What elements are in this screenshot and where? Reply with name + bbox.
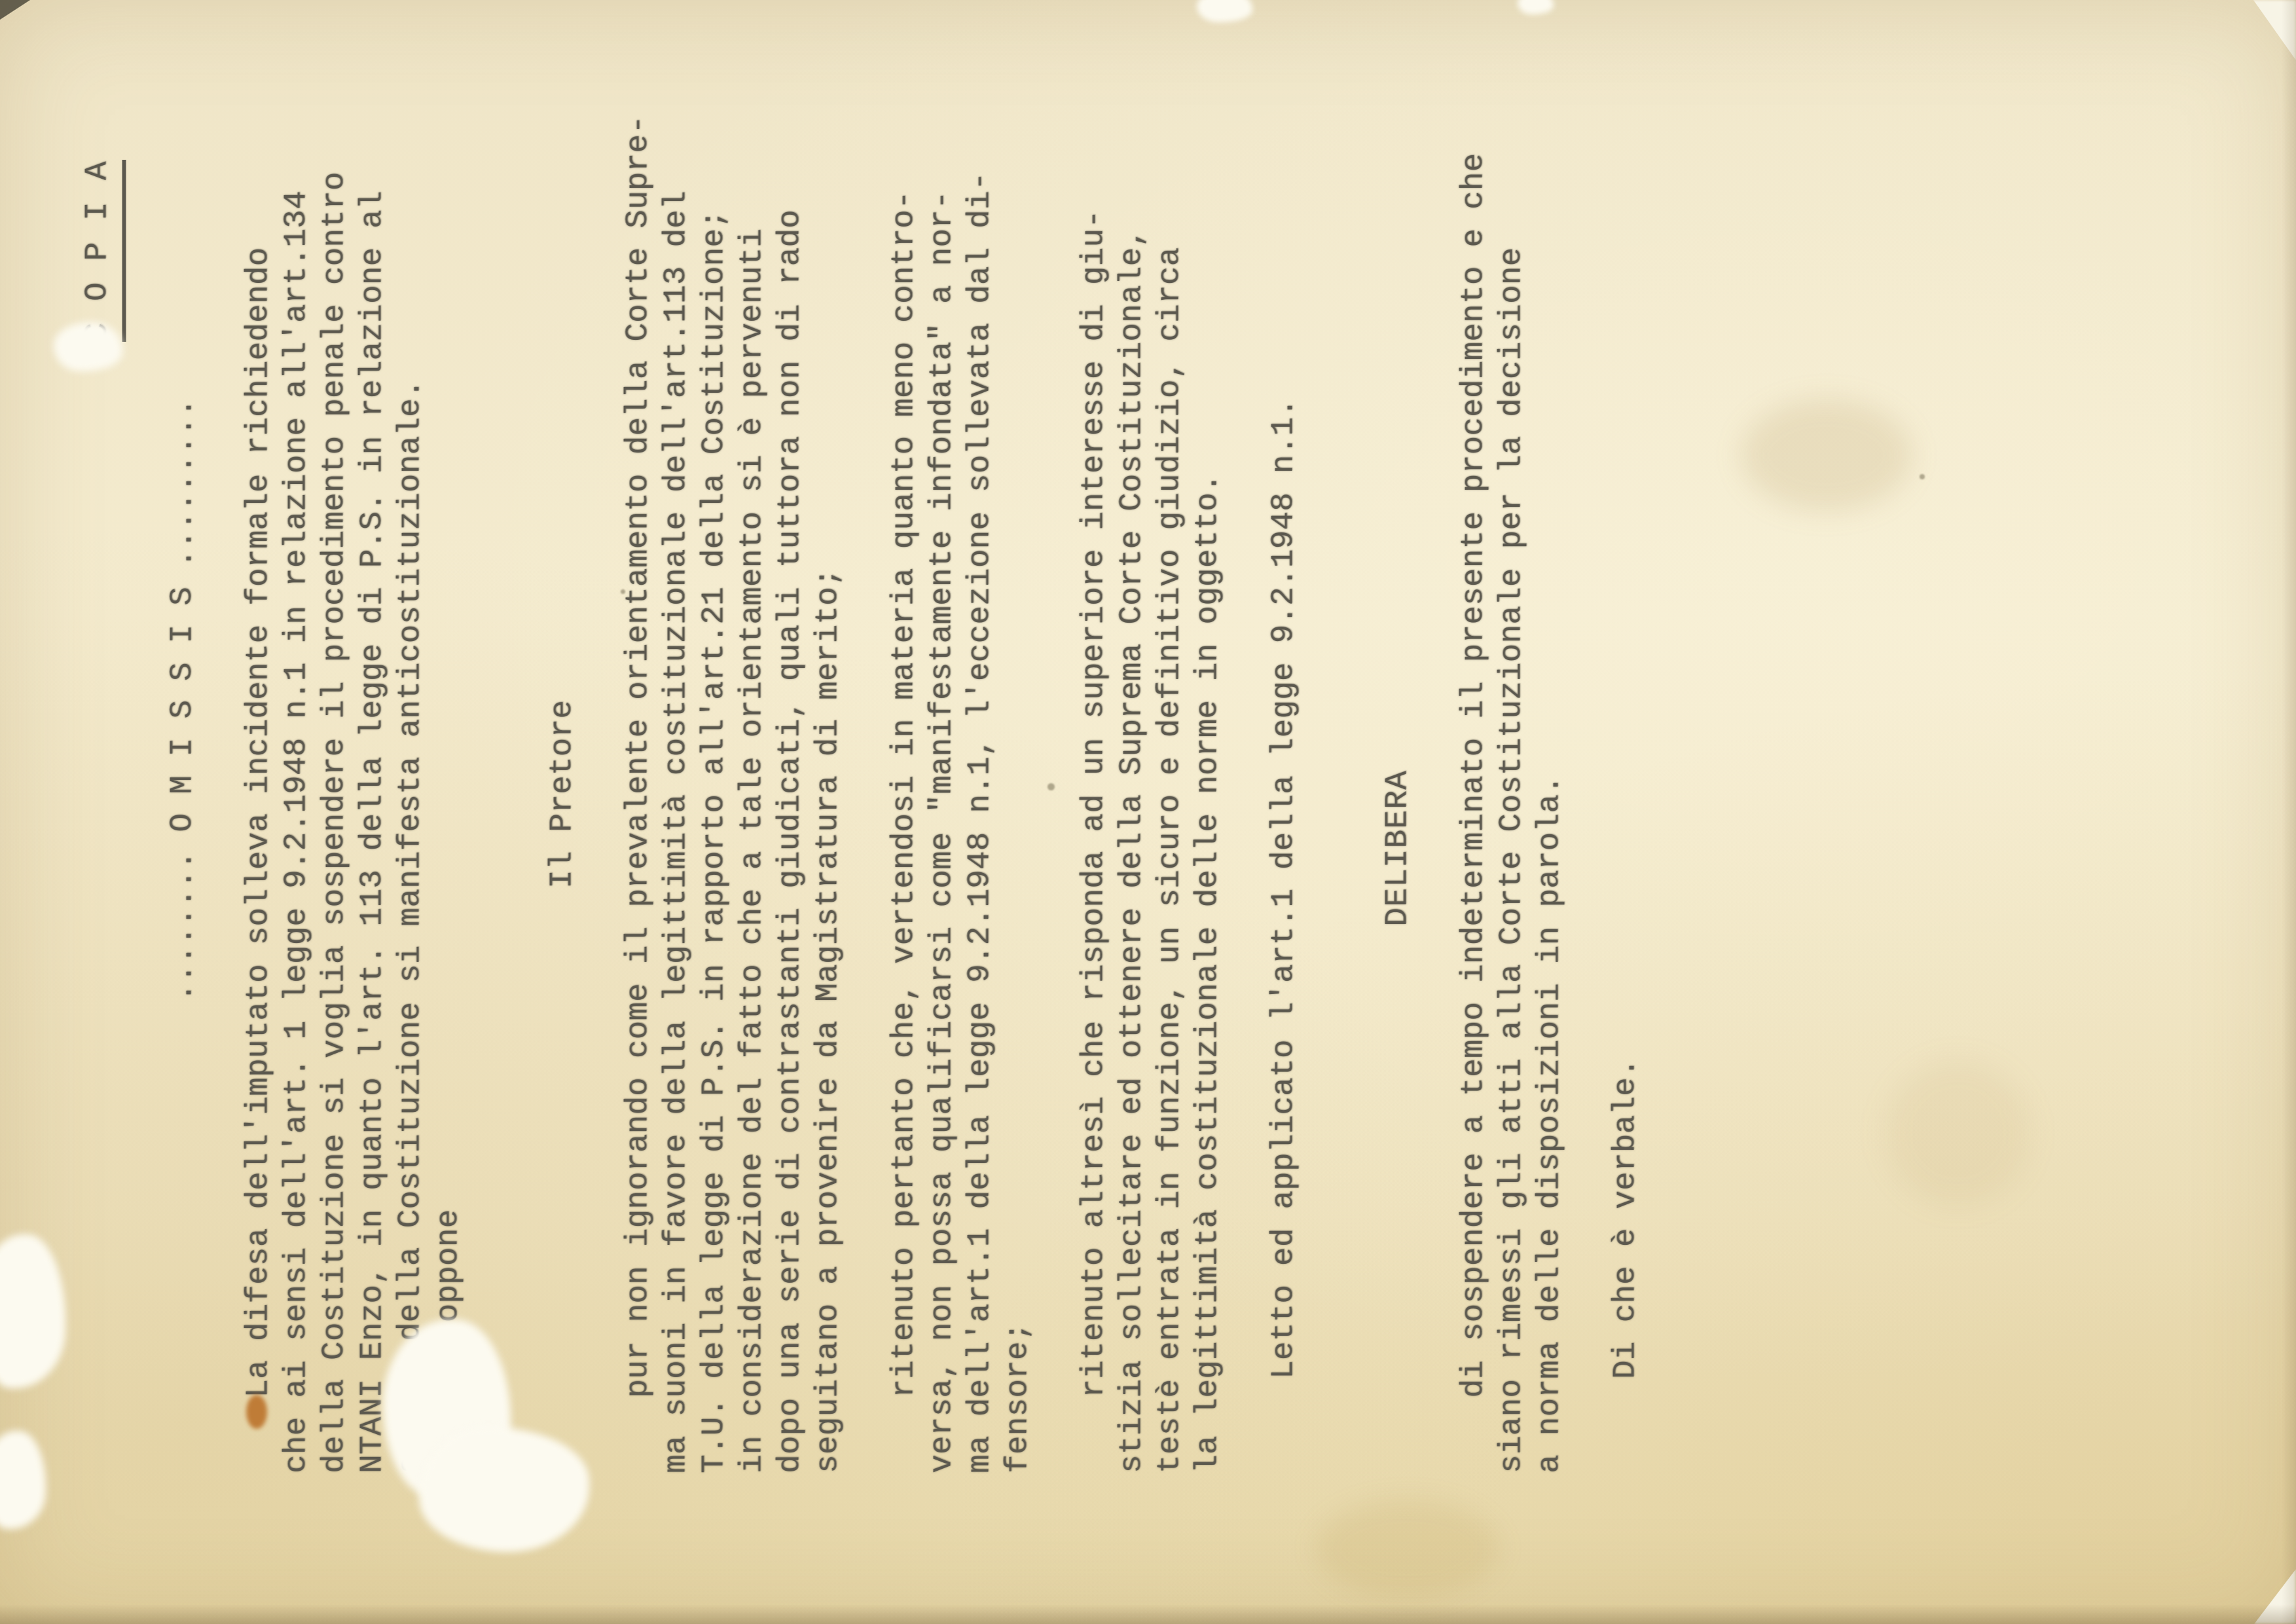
ink-speck (621, 589, 625, 594)
paragraph-defense-request: La difesa dell'imputato solleva incident… (240, 118, 467, 1473)
ink-speck (1920, 474, 1925, 479)
blank-line (1417, 118, 1455, 1473)
paper-stain (1316, 1500, 1499, 1598)
blank-line (847, 118, 885, 1473)
blank-line (126, 118, 164, 1473)
paper-stain (1886, 1061, 2030, 1205)
paper-smudge (1741, 399, 1912, 511)
copia-heading-text: C O P I A (79, 160, 126, 341)
heading-delibera: DELIBERA (1379, 118, 1417, 927)
paragraph-ritenuto-pertanto: ritenuto pertanto che, vertendosi in mat… (885, 118, 1037, 1473)
heading-il-pretore: Il Pretore (543, 118, 581, 889)
blank-line (1227, 118, 1265, 1473)
line-di-che-verbale: Di che è verbale. (1607, 118, 1645, 1473)
copia-heading: C O P I A (79, 118, 126, 342)
paragraph-delibera-body: di sospendere a tempo indeterminato il p… (1455, 118, 1569, 1473)
rust-stain (246, 1395, 267, 1429)
paper-tear-spot (419, 1428, 589, 1552)
line-letto-applicato: Letto ed applicato l'art.1 della legge 9… (1265, 118, 1303, 1473)
omissis-line: ........ O M I S S I S ......... (164, 118, 202, 1473)
blank-lines (1303, 118, 1379, 1473)
paragraph-premise: pur non ignorando come il prevalente ori… (619, 118, 847, 1473)
blank-line (581, 118, 619, 1473)
blank-lines (467, 118, 543, 1473)
document-scan: C O P I A ........ O M I S S I S .......… (0, 0, 2296, 1624)
ink-speck (1048, 783, 1055, 790)
blank-line (1569, 118, 1607, 1473)
scan-edge-shadow (2282, 0, 2296, 1624)
paper-tear-spot (54, 322, 122, 371)
scan-edge-shadow (0, 1604, 2296, 1624)
blank-line (202, 118, 240, 1473)
blank-line (1037, 118, 1075, 1473)
paragraph-ritenuto-altresi: ritenuto altresì che risponda ad un supe… (1075, 118, 1227, 1473)
typewritten-page: C O P I A ........ O M I S S I S .......… (0, 0, 2296, 1624)
